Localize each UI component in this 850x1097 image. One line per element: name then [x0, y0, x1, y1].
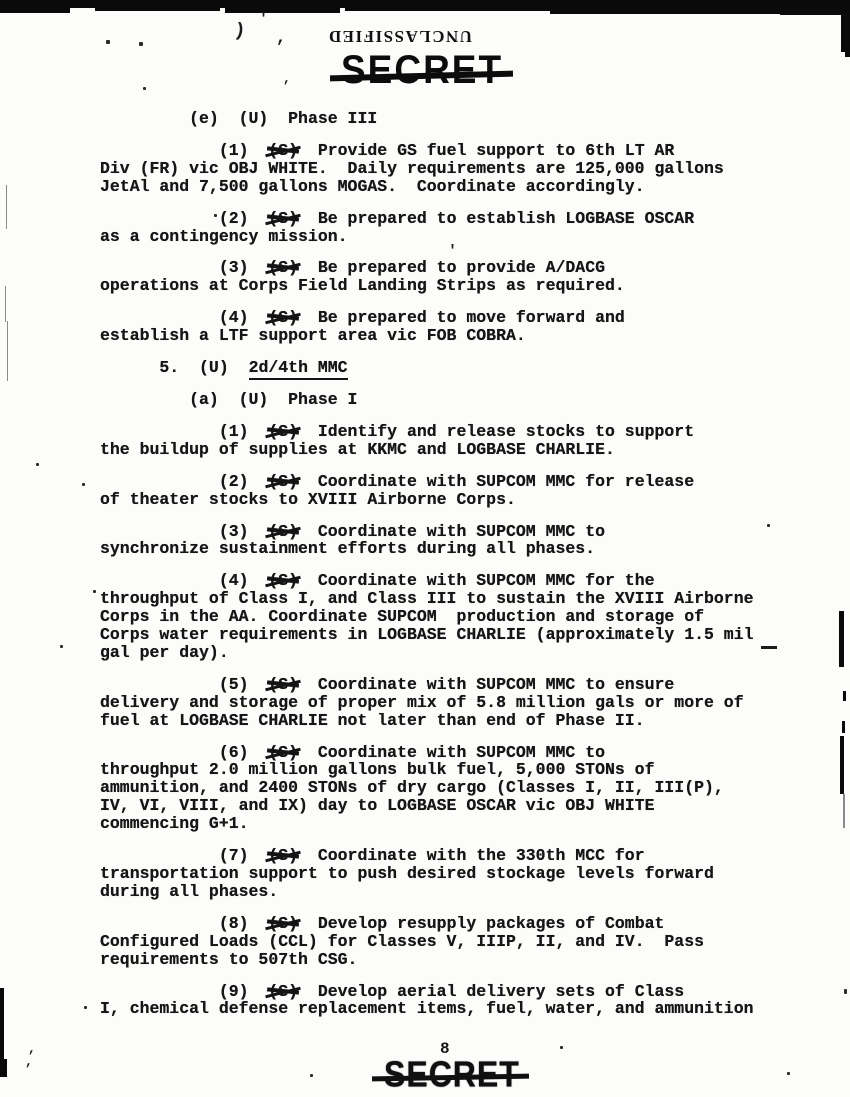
- classification-marker: (S): [268, 309, 298, 327]
- scan-artifact-dot: [60, 645, 63, 648]
- para-text: Coordinate with SUPCOM MMC to ensure: [298, 675, 674, 694]
- para-text: Coordinate with the 330th MCC for: [298, 846, 645, 865]
- scan-artifact-dot: [106, 40, 110, 44]
- scan-artifact-vline: [7, 321, 8, 381]
- paragraph: (a) (U) Phase I: [100, 391, 840, 409]
- para-continuation: throughput 2.0 million gallons bulk fuel…: [100, 760, 724, 833]
- scan-artifact-bar: [0, 7, 70, 13]
- paragraph: (9) (S) Develop aerial delivery sets of …: [100, 983, 840, 1019]
- para-continuation: I, chemical defense replacement items, f…: [100, 999, 754, 1018]
- unclassified-stamp-upside-down: UNCLASSIFIED: [338, 26, 472, 46]
- para-text: Identify and release stocks to support: [298, 422, 694, 441]
- scan-artifact-dot: [214, 214, 217, 217]
- para-text: Coordinate with SUPCOM MMC to: [298, 743, 605, 762]
- para-text: Provide GS fuel support to 6th LT AR: [298, 141, 674, 160]
- scan-artifact-bar: [0, 1059, 7, 1077]
- classification-marker: (S): [268, 210, 298, 228]
- paragraph: (3) (S) Coordinate with SUPCOM MMC to sy…: [100, 523, 840, 559]
- secret-stamp-top: SECRET: [341, 47, 503, 92]
- scan-artifact-dot: [560, 1046, 563, 1049]
- scan-artifact-glyph: ,: [283, 72, 291, 85]
- scanned-document-page: UNCLASSIFIED SECRET (e) (U) Phase III (1…: [0, 0, 850, 1097]
- paragraph: (8) (S) Develop resupply packages of Com…: [100, 915, 840, 969]
- scan-artifact-vline: [843, 794, 845, 828]
- scan-artifact-bar: [839, 611, 844, 667]
- scan-artifact-glyph: ): [233, 21, 247, 41]
- classification-marker: (S): [268, 259, 298, 277]
- para-underlined-text: 2d/4th MMC: [249, 358, 348, 380]
- classification-marker: (S): [268, 676, 298, 694]
- scan-artifact-vline: [5, 286, 6, 322]
- para-continuation: throughput of Class I, and Class III to …: [100, 589, 754, 662]
- classification-marker: (S): [268, 572, 298, 590]
- paragraph: (e) (U) Phase III: [100, 110, 840, 128]
- classification-marker: (U): [199, 359, 229, 377]
- para-lead: (7): [100, 846, 268, 865]
- para-lead: (6): [100, 743, 268, 762]
- paragraph: (2) (S) Coordinate with SUPCOM MMC for r…: [100, 473, 840, 509]
- para-continuation: the buildup of supplies at KKMC and LOGB…: [100, 440, 615, 459]
- scan-artifact-bar: [95, 8, 220, 11]
- para-text: Coordinate with SUPCOM MMC for the: [298, 571, 654, 590]
- para-lead: (2): [100, 209, 268, 228]
- scan-artifact-glyph: ,: [25, 1055, 33, 1068]
- scan-artifact-bar: [841, 0, 850, 52]
- scan-artifact-bar: [225, 8, 340, 13]
- para-continuation: Configured Loads (CCL) for Classes V, II…: [100, 932, 704, 969]
- scan-artifact-dot: [93, 590, 96, 593]
- scan-artifact-bar: [842, 721, 845, 733]
- paragraph: (4) (S) Coordinate with SUPCOM MMC for t…: [100, 572, 840, 662]
- scan-artifact-bar: [840, 736, 844, 794]
- para-text: Phase I: [268, 390, 357, 409]
- para-text: Develop aerial delivery sets of Class: [298, 982, 684, 1001]
- scan-artifact-dot: [310, 1074, 313, 1077]
- scan-artifact-glyph: ': [259, 12, 268, 27]
- para-continuation: as a contingency mission.: [100, 227, 348, 246]
- classification-marker: (S): [268, 523, 298, 541]
- para-lead: (3): [100, 258, 268, 277]
- para-text: Be prepared to provide A/DACG: [298, 258, 605, 277]
- classification-marker: (S): [268, 744, 298, 762]
- para-continuation: transportation support to push desired s…: [100, 864, 714, 901]
- para-lead: (4): [100, 308, 268, 327]
- scan-artifact-bar: [780, 5, 850, 15]
- para-text: [229, 358, 249, 377]
- scan-artifact-bar: [843, 691, 846, 701]
- paragraph: (3) (S) Be prepared to provide A/DACG op…: [100, 259, 840, 295]
- classification-marker: (S): [268, 423, 298, 441]
- scan-artifact-glyph: ,: [276, 30, 286, 47]
- scan-artifact-dot: [767, 524, 770, 527]
- scan-artifact-glyph: ': [448, 244, 457, 259]
- para-lead: (1): [100, 141, 268, 160]
- paragraph: (4) (S) Be prepared to move forward and …: [100, 309, 840, 345]
- scan-artifact-dot: [787, 1072, 790, 1075]
- classification-marker: (S): [268, 915, 298, 933]
- para-lead: (8): [100, 914, 268, 933]
- document-body: (e) (U) Phase III (1) (S) Provide GS fue…: [100, 110, 840, 1032]
- para-continuation: synchronize sustainment efforts during a…: [100, 539, 595, 558]
- scan-artifact-dash: [761, 646, 777, 649]
- paragraph: (1) (S) Identify and release stocks to s…: [100, 423, 840, 459]
- para-lead: (2): [100, 472, 268, 491]
- para-lead: (3): [100, 522, 268, 541]
- paragraph: (1) (S) Provide GS fuel support to 6th L…: [100, 142, 840, 196]
- classification-marker: (S): [268, 847, 298, 865]
- para-continuation: of theater stocks to XVIII Airborne Corp…: [100, 490, 516, 509]
- para-text: Coordinate with SUPCOM MMC for release: [298, 472, 694, 491]
- para-continuation: operations at Corps Field Landing Strips…: [100, 276, 625, 295]
- scan-artifact-dot: [82, 483, 85, 486]
- classification-marker: (U): [239, 110, 269, 128]
- scan-artifact-dot: [139, 42, 143, 46]
- para-continuation: delivery and storage of proper mix of 5.…: [100, 693, 744, 730]
- para-lead: (e): [100, 109, 239, 128]
- para-text: Phase III: [268, 109, 377, 128]
- paragraph: (2) (S) Be prepared to establish LOGBASE…: [100, 210, 840, 246]
- scan-artifact-dot: [84, 1006, 87, 1009]
- classification-marker: (U): [239, 391, 269, 409]
- para-lead: 5.: [100, 358, 199, 377]
- scan-artifact-dot: [143, 87, 146, 90]
- para-text: Be prepared to move forward and: [298, 308, 625, 327]
- classification-marker: (S): [268, 142, 298, 160]
- scan-artifact-bar: [345, 7, 555, 11]
- para-text: Be prepared to establish LOGBASE OSCAR: [298, 209, 694, 228]
- scan-artifact-dot: [36, 463, 39, 466]
- paragraph: (5) (S) Coordinate with SUPCOM MMC to en…: [100, 676, 840, 730]
- para-text: Develop resupply packages of Combat: [298, 914, 664, 933]
- paragraph: (6) (S) Coordinate with SUPCOM MMC to th…: [100, 744, 840, 834]
- para-lead: (9): [100, 982, 268, 1001]
- classification-marker: (S): [268, 473, 298, 491]
- para-continuation: establish a LTF support area vic FOB COB…: [100, 326, 526, 345]
- paragraph: 5. (U) 2d/4th MMC: [100, 359, 840, 377]
- scan-artifact-bar: [845, 48, 850, 57]
- para-lead: (4): [100, 571, 268, 590]
- para-text: Coordinate with SUPCOM MMC to: [298, 522, 605, 541]
- para-lead: (1): [100, 422, 268, 441]
- scan-artifact-vline: [6, 185, 7, 229]
- para-lead: (a): [100, 390, 239, 409]
- scan-artifact-dot: [844, 989, 847, 994]
- para-lead: (5): [100, 675, 268, 694]
- para-continuation: Div (FR) vic OBJ WHITE. Daily requiremen…: [100, 159, 724, 196]
- paragraph: (7) (S) Coordinate with the 330th MCC fo…: [100, 847, 840, 901]
- classification-marker: (S): [268, 983, 298, 1001]
